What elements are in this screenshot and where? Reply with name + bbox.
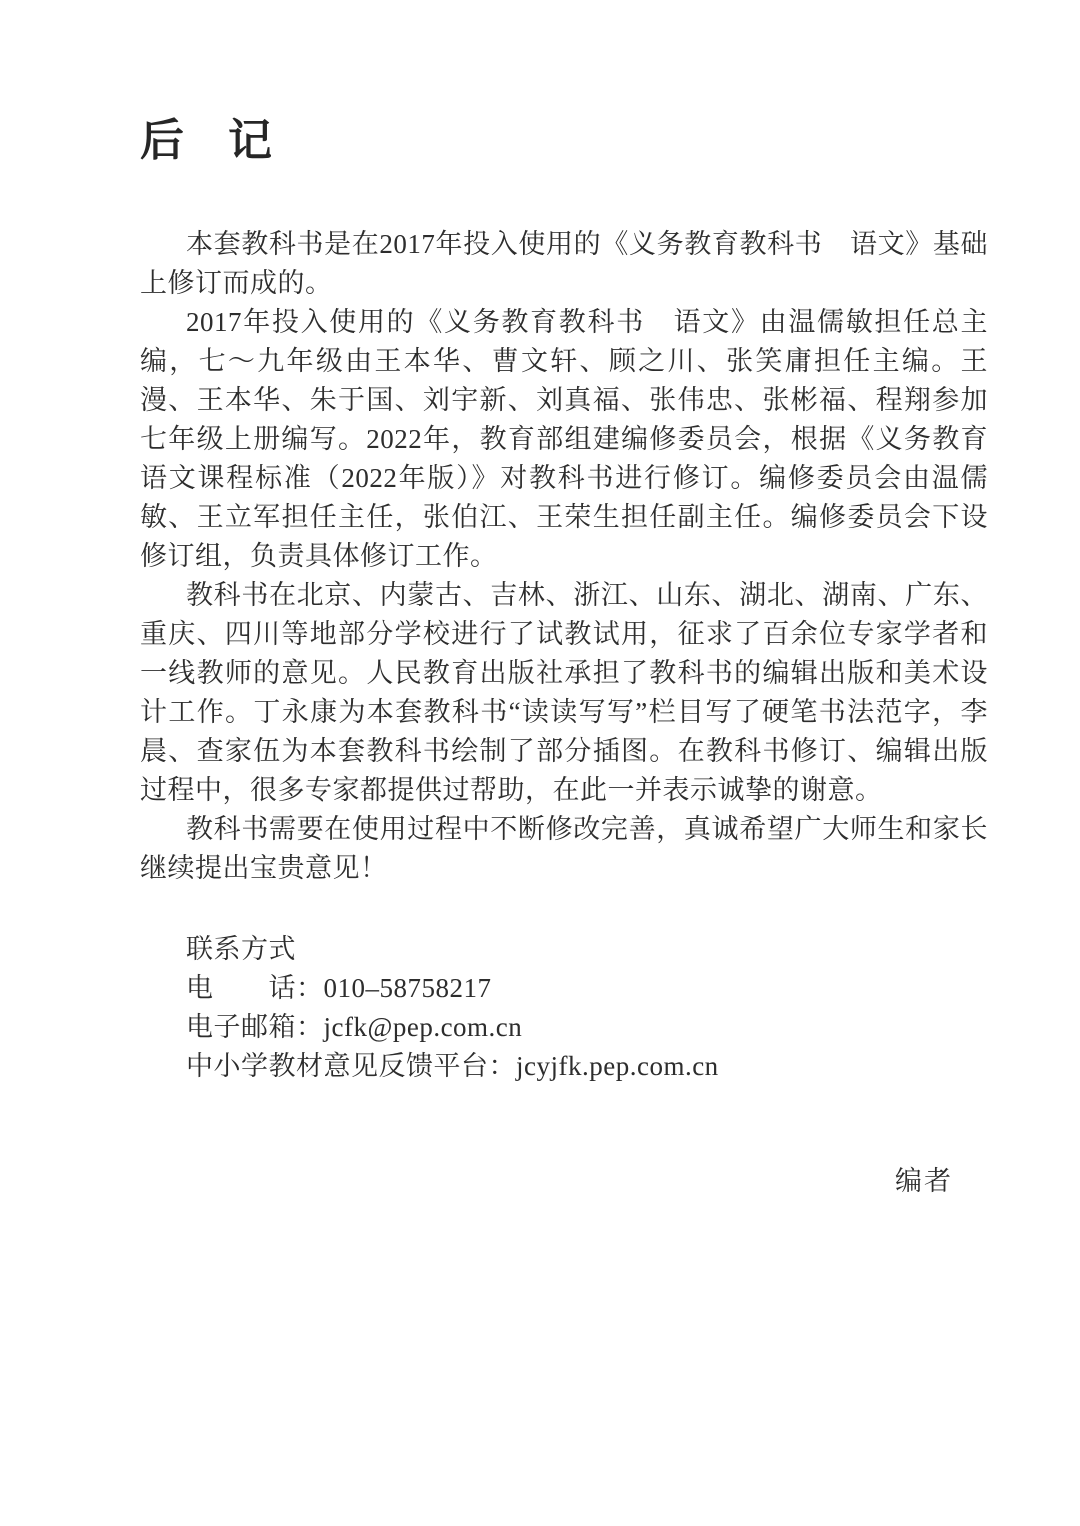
contact-section: 联系方式 电 话：010–58758217 电子邮箱：jcfk@pep.com.…: [140, 930, 988, 1086]
page-content: 后 记 本套教科书是在2017年投入使用的《义务教育教科书 语文》基础上修订而成…: [0, 0, 1080, 1201]
paragraph-feedback-request: 教科书需要在使用过程中不断修改完善，真诚希望广大师生和家长继续提出宝贵意见！: [140, 810, 988, 888]
paragraph-editors: 2017年投入使用的《义务教育教科书 语文》由温儒敏担任总主编，七～九年级由王本…: [140, 303, 988, 576]
paragraph-intro: 本套教科书是在2017年投入使用的《义务教育教科书 语文》基础上修订而成的。: [140, 225, 988, 303]
author-signature: 编者: [895, 1166, 953, 1196]
phone-label: 电 话：: [186, 973, 324, 1003]
platform-label: 中小学教材意见反馈平台：: [186, 1051, 516, 1081]
document-page: 后 记 本套教科书是在2017年投入使用的《义务教育教科书 语文》基础上修订而成…: [0, 0, 1080, 1526]
page-title: 后 记: [140, 118, 988, 164]
phone-value: 010–58758217: [324, 973, 492, 1003]
contact-email: 电子邮箱：jcfk@pep.com.cn: [186, 1008, 988, 1047]
contact-heading: 联系方式: [186, 930, 988, 969]
contact-feedback-platform: 中小学教材意见反馈平台：jcyjfk.pep.com.cn: [186, 1047, 988, 1086]
email-value: jcfk@pep.com.cn: [324, 1012, 523, 1042]
email-label: 电子邮箱：: [186, 1012, 324, 1042]
paragraph-acknowledgements: 教科书在北京、内蒙古、吉林、浙江、山东、湖北、湖南、广东、重庆、四川等地部分学校…: [140, 576, 988, 810]
contact-phone: 电 话：010–58758217: [186, 969, 988, 1008]
platform-value: jcyjfk.pep.com.cn: [516, 1051, 719, 1081]
body-text: 本套教科书是在2017年投入使用的《义务教育教科书 语文》基础上修订而成的。 2…: [140, 225, 988, 888]
signature-row: 编者: [140, 1162, 988, 1201]
